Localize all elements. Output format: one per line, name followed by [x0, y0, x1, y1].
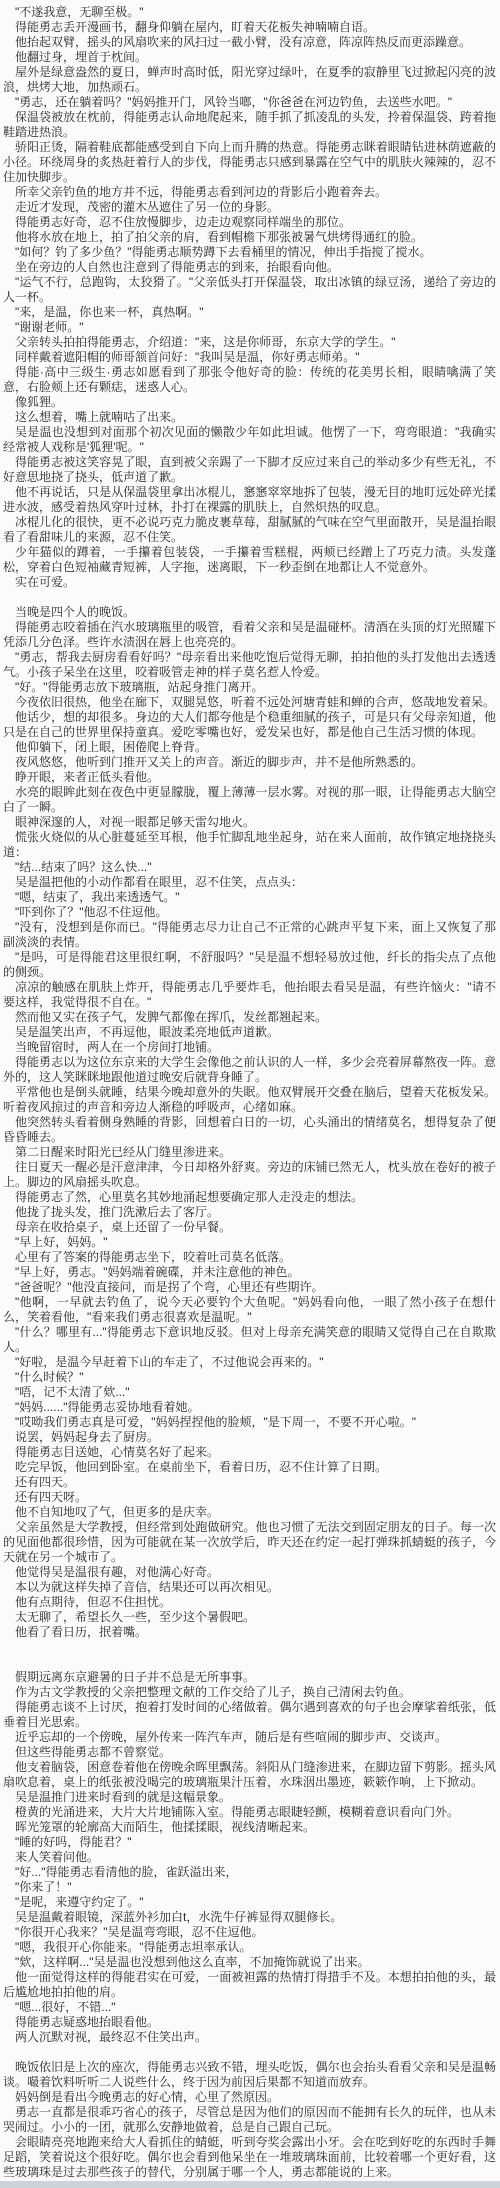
story-paragraph: "好。"得能勇志放下玻璃瓶，站起身推门离开。: [3, 680, 496, 695]
story-paragraph: 得能勇志被这笑容晃了眼，直到被父亲踢了一下脚才反应过来自己的举动多少有些无礼，不…: [3, 455, 496, 485]
reader-page: "不遂我意，无聊至极。"得能勇志丢开漫画书，翻身仰躺在屋内，盯着天花板失神喃喃自…: [0, 0, 500, 2188]
story-paragraph: 他仰躺下，闭上眼，困倦爬上脊背。: [3, 740, 496, 755]
story-paragraph: 两人沉默对视，最终忍不住笑出声。: [3, 2030, 496, 2045]
story-paragraph: 平常他也是倒头就睡，结果今晚却意外的失眠。他双臂展开交叠在脑后，望着天花板发呆。…: [3, 1085, 496, 1115]
story-paragraph: 骄阳正烫，隔着鞋底都能感受到自下向上而升腾的热意。得能勇志眯着眼睛钻进林荫遮蔽的…: [3, 140, 496, 185]
story-paragraph: [3, 2045, 496, 2060]
story-paragraph: "哎呦我们勇志真是可爱，"妈妈捏捏他的脸颊，"是下周一，不要不开心啦。": [3, 1415, 496, 1430]
story-paragraph: 但这些得能勇志都不曾察觉。: [3, 1745, 496, 1760]
story-paragraph: 水亮的眼眸此刻在夜色中更显朦胧，覆上薄薄一层水雾。对视的那一眼，让得能勇志大脑空…: [3, 785, 496, 815]
story-paragraph: 今夜依旧很热，他坐在廊下，双腿晃悠，听着不远处河塘青蛙和蝉的合声，悠哉地发着呆。: [3, 695, 496, 710]
story-paragraph: 吃完早饭，他回到卧室。在桌前坐下，看着日历，忍不住计算了日期。: [3, 1460, 496, 1475]
story-paragraph: 同样戴着遮阳帽的师哥颔首问好："我叫吴是温，你好勇志师弟。": [3, 350, 496, 365]
story-paragraph: 得能勇志咬着插在汽水玻璃瓶里的吸管，看着父亲和吴是温碰杯。清酒在头顶的灯光照耀下…: [3, 620, 496, 650]
story-paragraph: "嗯...很好，不错...": [3, 2000, 496, 2015]
story-paragraph: "睡的好吗，得能君？": [3, 1835, 496, 1850]
story-paragraph: 他一面觉得这样的得能君实在可爱，一面被袒露的热情打得措手不及。本想拍拍他的头，最…: [3, 1970, 496, 2000]
story-paragraph: 假期远离东京避暑的日子并不总是无所事事。: [3, 1670, 496, 1685]
story-paragraph: 吴是温戴着眼镜，深蓝外衫加白t，水洗牛仔裤显得双腿修长。: [3, 1910, 496, 1925]
story-paragraph: 得能·高中三级生·勇志如愿看到了那张令他好奇的脸：传统的花美男长相，眼睛噙满了笑…: [3, 365, 496, 395]
story-paragraph: "如何？钓了多少鱼？"得能勇志顺势蹲下去看桶里的情况，伸出手指搅了搅水。: [3, 245, 496, 260]
story-paragraph: 他话少，想的却很多。身边的大人们都夸他是个稳重细腻的孩子，可是只有父母亲知道，他…: [3, 710, 496, 740]
story-paragraph: "早上好，勇志。"妈妈端着碗碟，并未注意他的神色。: [3, 1265, 496, 1280]
story-paragraph: 夜风悠悠，他听到门推开又关上的声音。渐近的脚步声，并不是他所熟悉的。: [3, 755, 496, 770]
story-paragraph: 眼神深邃的人，对视一眼都足够天雷勾地火。: [3, 815, 496, 830]
story-paragraph: 得能勇志疑惑地抬眼看他。: [3, 2015, 496, 2030]
story-paragraph: 吴是温把他的小动作都看在眼里，忍不住笑，点点头：: [3, 875, 496, 890]
story-paragraph: 来人笑着问他。: [3, 1850, 496, 1865]
story-paragraph: 吴是温推门进来时看到的就是这幅景象。: [3, 1790, 496, 1805]
story-paragraph: 凉凉的触感在肌肤上炸开，得能勇志几乎要炸毛，他抬眼去看吴是温，有些许恼火："请不…: [3, 980, 496, 1010]
story-paragraph: 当晚是四个人的晚饭。: [3, 605, 496, 620]
story-paragraph: 晚饭依旧是上次的座次，得能勇志兴致不错，埋头吃饭，偶尔也会抬头看看父亲和吴是温畅…: [3, 2060, 496, 2090]
story-paragraph: 太无聊了，希望长久一些，至少这个暑假吧。: [3, 1610, 496, 1625]
story-paragraph: 走近才发现，茂密的灌木丛遮住了另一位的身影。: [3, 200, 496, 215]
story-paragraph: "运气不行，总跑钩，太狡猾了。"父亲低头打开保温袋，取出冰镇的绿豆汤，递给了旁边…: [3, 275, 496, 305]
story-paragraph: [3, 1655, 496, 1670]
story-paragraph: 父亲转头拍拍得能勇志，介绍道："来，这是你师哥，东京大学的学生。": [3, 335, 496, 350]
story-paragraph: 实在可爱。: [3, 575, 496, 590]
story-paragraph: "谢谢老师。": [3, 320, 496, 335]
story-paragraph: "是呢，来遵守约定了。": [3, 1895, 496, 1910]
story-paragraph: 得能勇志丢开漫画书，翻身仰躺在屋内，盯着天花板失神喃喃自语。: [3, 20, 496, 35]
story-paragraph: 少年猫似的蹲着，一手攥着包装袋，一手攥着雪糕棍，两颊已经蹭上了巧克力渍。头发蓬松…: [3, 545, 496, 575]
story-paragraph: 他支着脑袋，困意卷着他在傍晚余晖里飘荡。斜阳从门缝渗进来，在脚边留下剪影。摇头风…: [3, 1760, 496, 1790]
story-paragraph: 吴是温笑出声，不再逗他，眼波柔亮地低声道歉。: [3, 1025, 496, 1040]
story-paragraph: 坐在旁边的人自然也注意到了得能勇志的到来，抬眼看向他。: [3, 260, 496, 275]
story-paragraph: "你很开心我来？"吴是温弯弯眼，忍不住逗他。: [3, 1925, 496, 1940]
page-bottom-edge: [0, 2181, 500, 2188]
story-paragraph: 保温袋被放在枕前，得能勇志认命地爬起来，随手抓了抓凌乱的头发，拎着保温袋、跨着拖…: [3, 110, 496, 140]
story-paragraph: 得能勇志以为这位东京来的大学生会像他之前认识的人一样，多少会亮着屏幕熬夜一阵。意…: [3, 1055, 496, 1085]
story-paragraph: 所幸父亲钓鱼的地方并不远，得能勇志看到河边的背影后小跑着奔去。: [3, 185, 496, 200]
story-paragraph: "来，是温，你也来一杯，真热啊。": [3, 305, 496, 320]
story-paragraph: 妈妈倒是看出今晚勇志的好心情，心里了然原因。: [3, 2090, 496, 2105]
story-paragraph: 近乎忘却的一个傍晚，屋外传来一阵汽车声，随后是有些喧闹的脚步声、交谈声。: [3, 1730, 496, 1745]
story-paragraph: 会眼睛亮亮地跑来给大人看抓住的蜻蜓，听到夸奖会露出小牙。会在吃到好吃的东西时手舞…: [3, 2135, 496, 2180]
story-paragraph: 还有四天呀。: [3, 1490, 496, 1505]
story-paragraph: "好..."得能勇志看清他的脸，雀跃溢出来，: [3, 1865, 496, 1880]
story-paragraph: 晖光笼罩的轮廓高大而陌生，他揉揉眼，视线清晰起来。: [3, 1820, 496, 1835]
story-paragraph: "他啊，一早就去钓鱼了，说今天必要钓个大鱼呢。"妈妈看向他，一眼了然小孩子在想什…: [3, 1295, 496, 1325]
story-paragraph: "唔，记不太清了欸...": [3, 1385, 496, 1400]
story-paragraph: 说罢，妈妈起身去了厨房。: [3, 1430, 496, 1445]
story-paragraph: "结...结束了吗？这么快...": [3, 860, 496, 875]
story-paragraph: 他抬起双臂，摇头的风扇吹来的风扫过一截小臂，没有凉意，阵凉阵热反而更添躁意。: [3, 35, 496, 50]
story-paragraph: 吴是温也没想到对面那个初次见面的懒散少年如此坦诚。他愣了一下，弯弯眼道："我确实…: [3, 425, 496, 455]
story-paragraph: 心里有了答案的得能勇志坐下，咬着吐司莫名低落。: [3, 1250, 496, 1265]
story-paragraph: 他不自知地叹了气，但更多的是庆幸。: [3, 1505, 496, 1520]
story-paragraph: "没有，没想到是你而已。"得能勇志尽力让自己不正常的心跳声平复下来，面上又恢复了…: [3, 920, 496, 950]
story-paragraph: 冰棍儿化的很快，更不必说巧克力脆皮裹草莓，甜腻腻的气味在空气里面散开，吴是温抬眼…: [3, 515, 496, 545]
story-paragraph: 慌张火烧似的从心脏蔓延至耳根，他手忙脚乱地坐起身，站在来人面前，故作镇定地挠挠头…: [3, 830, 496, 860]
story-paragraph: 他有点期待，但忍不住担忧。: [3, 1595, 496, 1610]
story-paragraph: "妈妈......"得能勇志妥协地看着她。: [3, 1400, 496, 1415]
story-paragraph: 得能勇志了然，心里莫名其妙地涌起想要确定那人走没走的想法。: [3, 1190, 496, 1205]
story-paragraph: "你来了！": [3, 1880, 496, 1895]
story-paragraph: 第二日醒来时阳光已经从门缝里渗进来。: [3, 1145, 496, 1160]
story-paragraph: "勇志，帮我去厨房看看好吗？"母亲看出来他吃饱后觉得无聊，拍拍他的头打发他出去透…: [3, 650, 496, 680]
story-paragraph: 他突然转头看着侧身熟睡的背影，回想着白日的一切，心头涌出的情绪莫名，想得复杂了便…: [3, 1115, 496, 1145]
story-paragraph: "嗯，我很开心你能来。"得能勇志坦率承认。: [3, 1940, 496, 1955]
story-paragraph: 他将水放在地上，拍了拍父亲的肩，看到帽檐下那张被暑气烘烤得通红的脸。: [3, 230, 496, 245]
story-paragraph: 他觉得吴是温很有趣，对他满心好奇。: [3, 1565, 496, 1580]
story-paragraph: 像狐狸。: [3, 395, 496, 410]
story-paragraph: "吓到你了？"他忍不住逗他。: [3, 905, 496, 920]
story-paragraph: "勇志，还在躺着吗？"妈妈推开门，风铃当啷，"你爸爸在河边钓鱼，去送些水吧。": [3, 95, 496, 110]
story-paragraph: "早上好，妈妈。": [3, 1235, 496, 1250]
story-paragraph: 父亲虽然是大学教授，但经常到处跑做研究。他也习惯了无法交到固定朋友的日子。每一次…: [3, 1520, 496, 1565]
story-paragraph: 还有四天。: [3, 1475, 496, 1490]
story-paragraph: 他翻过身，埋首于枕间。: [3, 50, 496, 65]
story-paragraph: 橙黄的光涌进来，大片大片地铺陈入室。得能勇志眼睫轻颤，模糊着意识看向门外。: [3, 1805, 496, 1820]
story-paragraph: "好啦，是温今早赶着下山的车走了，不过他说会再来的。": [3, 1355, 496, 1370]
story-paragraph: "是吗，可是得能君这里很红啊，不舒服吗？"吴是温不想轻易放过他，纤长的指尖点了点…: [3, 950, 496, 980]
story-paragraph: 睁开眼，来者正低头看他。: [3, 770, 496, 785]
story-paragraph: "欸，这样啊..."吴是温也没想到他这么直率，不加掩饰就说了出来。: [3, 1955, 496, 1970]
story-paragraph: "什么？哪里有..."得能勇志下意识地反驳。但对上母亲充满笑意的眼睛又觉得自己在…: [3, 1325, 496, 1355]
story-paragraph: 得能勇志目送她，心情莫名好了起来。: [3, 1445, 496, 1460]
story-paragraph: 他拢了拢头发，推门洗漱后去了客厅。: [3, 1205, 496, 1220]
story-paragraph: 他看了看日历，抿着嘴。: [3, 1625, 496, 1640]
story-paragraph: 作为古文学教授的父亲把整理文献的工作交给了儿子，换自己清闲去钓鱼。: [3, 1685, 496, 1700]
story-paragraph: 得能勇志谈不上讨厌，抱着打发时间的心绪做着。偶尔遇到喜欢的句子也会摩挲着纸张，低…: [3, 1700, 496, 1730]
story-paragraph: 屋外是绿意盎然的夏日，蝉声时高时低，阳光穿过绿叶，在夏季的寂静里飞过掀起闪亮的波…: [3, 65, 496, 95]
story-paragraph: "不遂我意，无聊至极。": [3, 5, 496, 20]
story-paragraph: "嗯，结束了，我出来透透气。": [3, 890, 496, 905]
story-paragraph: [3, 590, 496, 605]
story-paragraph: "什么时候？": [3, 1370, 496, 1385]
story-paragraph: 勇志一直都是很乖巧省心的孩子，尽管总是因为他们的原因而不能拥有长久的玩伴，也从未…: [3, 2105, 496, 2135]
story-paragraph: 这么想着，嘴上就喃咕了出来。: [3, 410, 496, 425]
story-paragraph: 得能勇志好奇，忍不住放慢脚步，边走边观察同样端坐的那位。: [3, 215, 496, 230]
story-paragraph: 然而他又实在孩子气，发脾气都像在挥爪，发丝都翘起来。: [3, 1010, 496, 1025]
story-paragraph: 他不再说话，只是从保温袋里拿出冰棍儿，窸窸窣窣地拆了包装，漫无目的地盯远处碎光揉…: [3, 485, 496, 515]
story-paragraph: [3, 1640, 496, 1655]
story-content: "不遂我意，无聊至极。"得能勇志丢开漫画书，翻身仰躺在屋内，盯着天花板失神喃喃自…: [0, 0, 500, 2188]
story-paragraph: 往日夏天一醒必是汗意津津，今日却格外舒爽。旁边的床铺已然无人，枕头放在卷好的被子…: [3, 1160, 496, 1190]
story-paragraph: "爸爸呢？"他没直接问，而是拐了个弯，心里还有些期许。: [3, 1280, 496, 1295]
story-paragraph: 当晚留宿时，两人在一个房间打地铺。: [3, 1040, 496, 1055]
story-paragraph: 母亲在收拾桌子，桌上还留了一份早餐。: [3, 1220, 496, 1235]
story-paragraph: 本以为就这样失掉了音信，结果还可以再次相见。: [3, 1580, 496, 1595]
